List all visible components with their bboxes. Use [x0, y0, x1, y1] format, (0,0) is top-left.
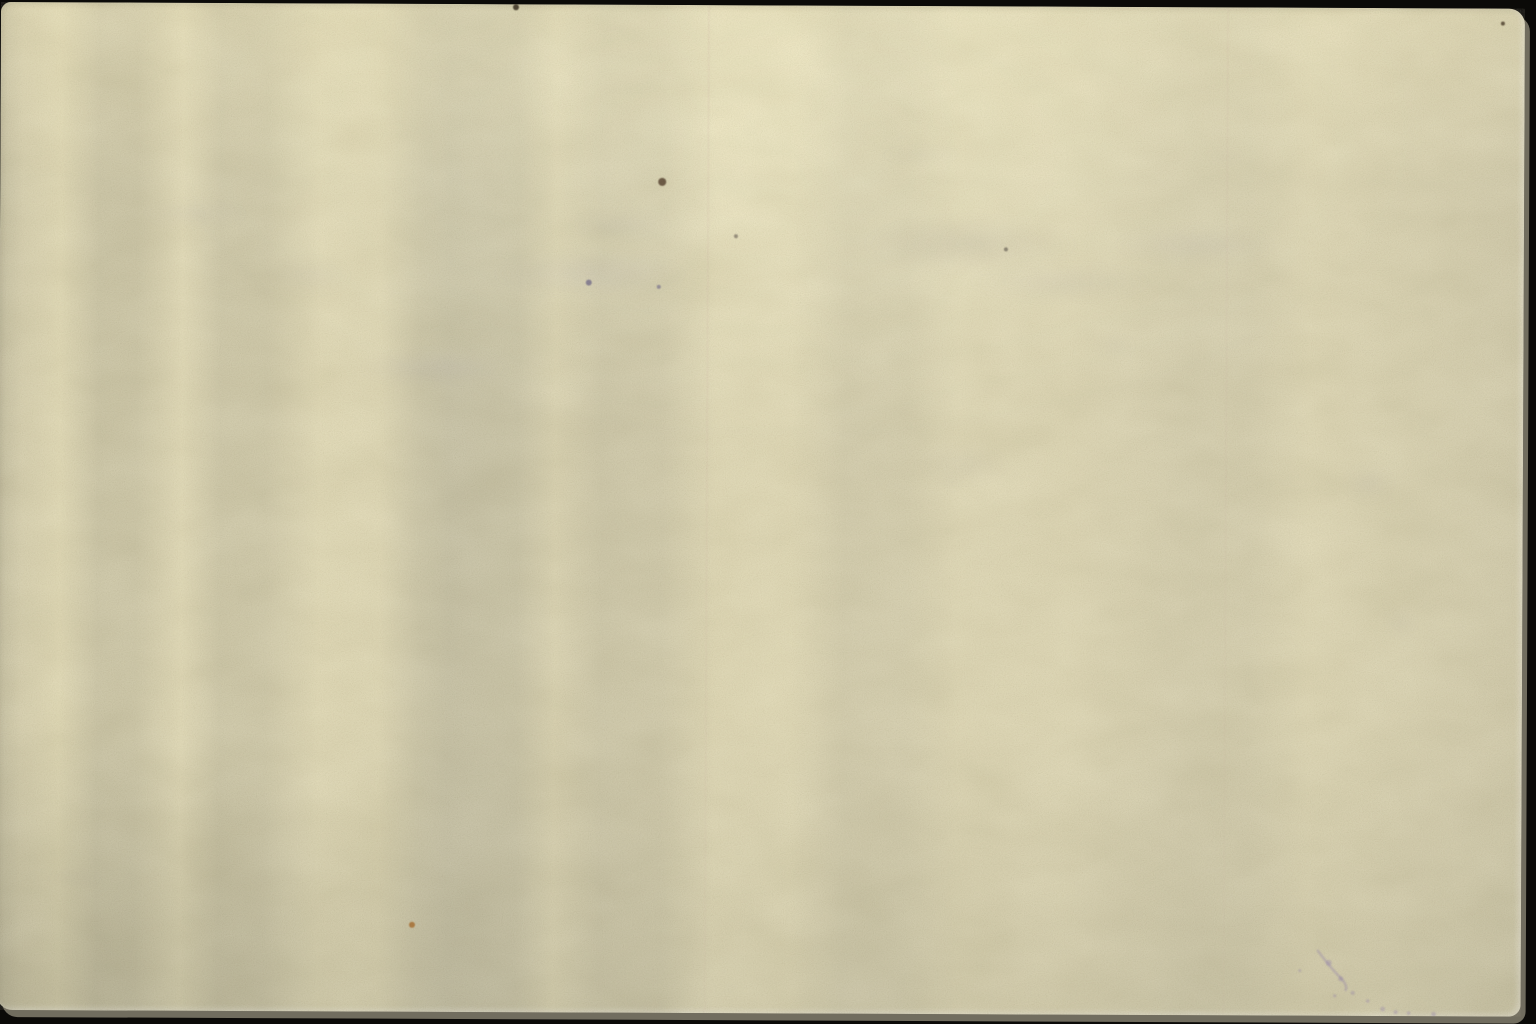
paper-card — [0, 2, 1525, 1017]
paper-grain-texture — [0, 2, 1525, 1017]
paper-fine-grain-rect — [0, 2, 1525, 1017]
